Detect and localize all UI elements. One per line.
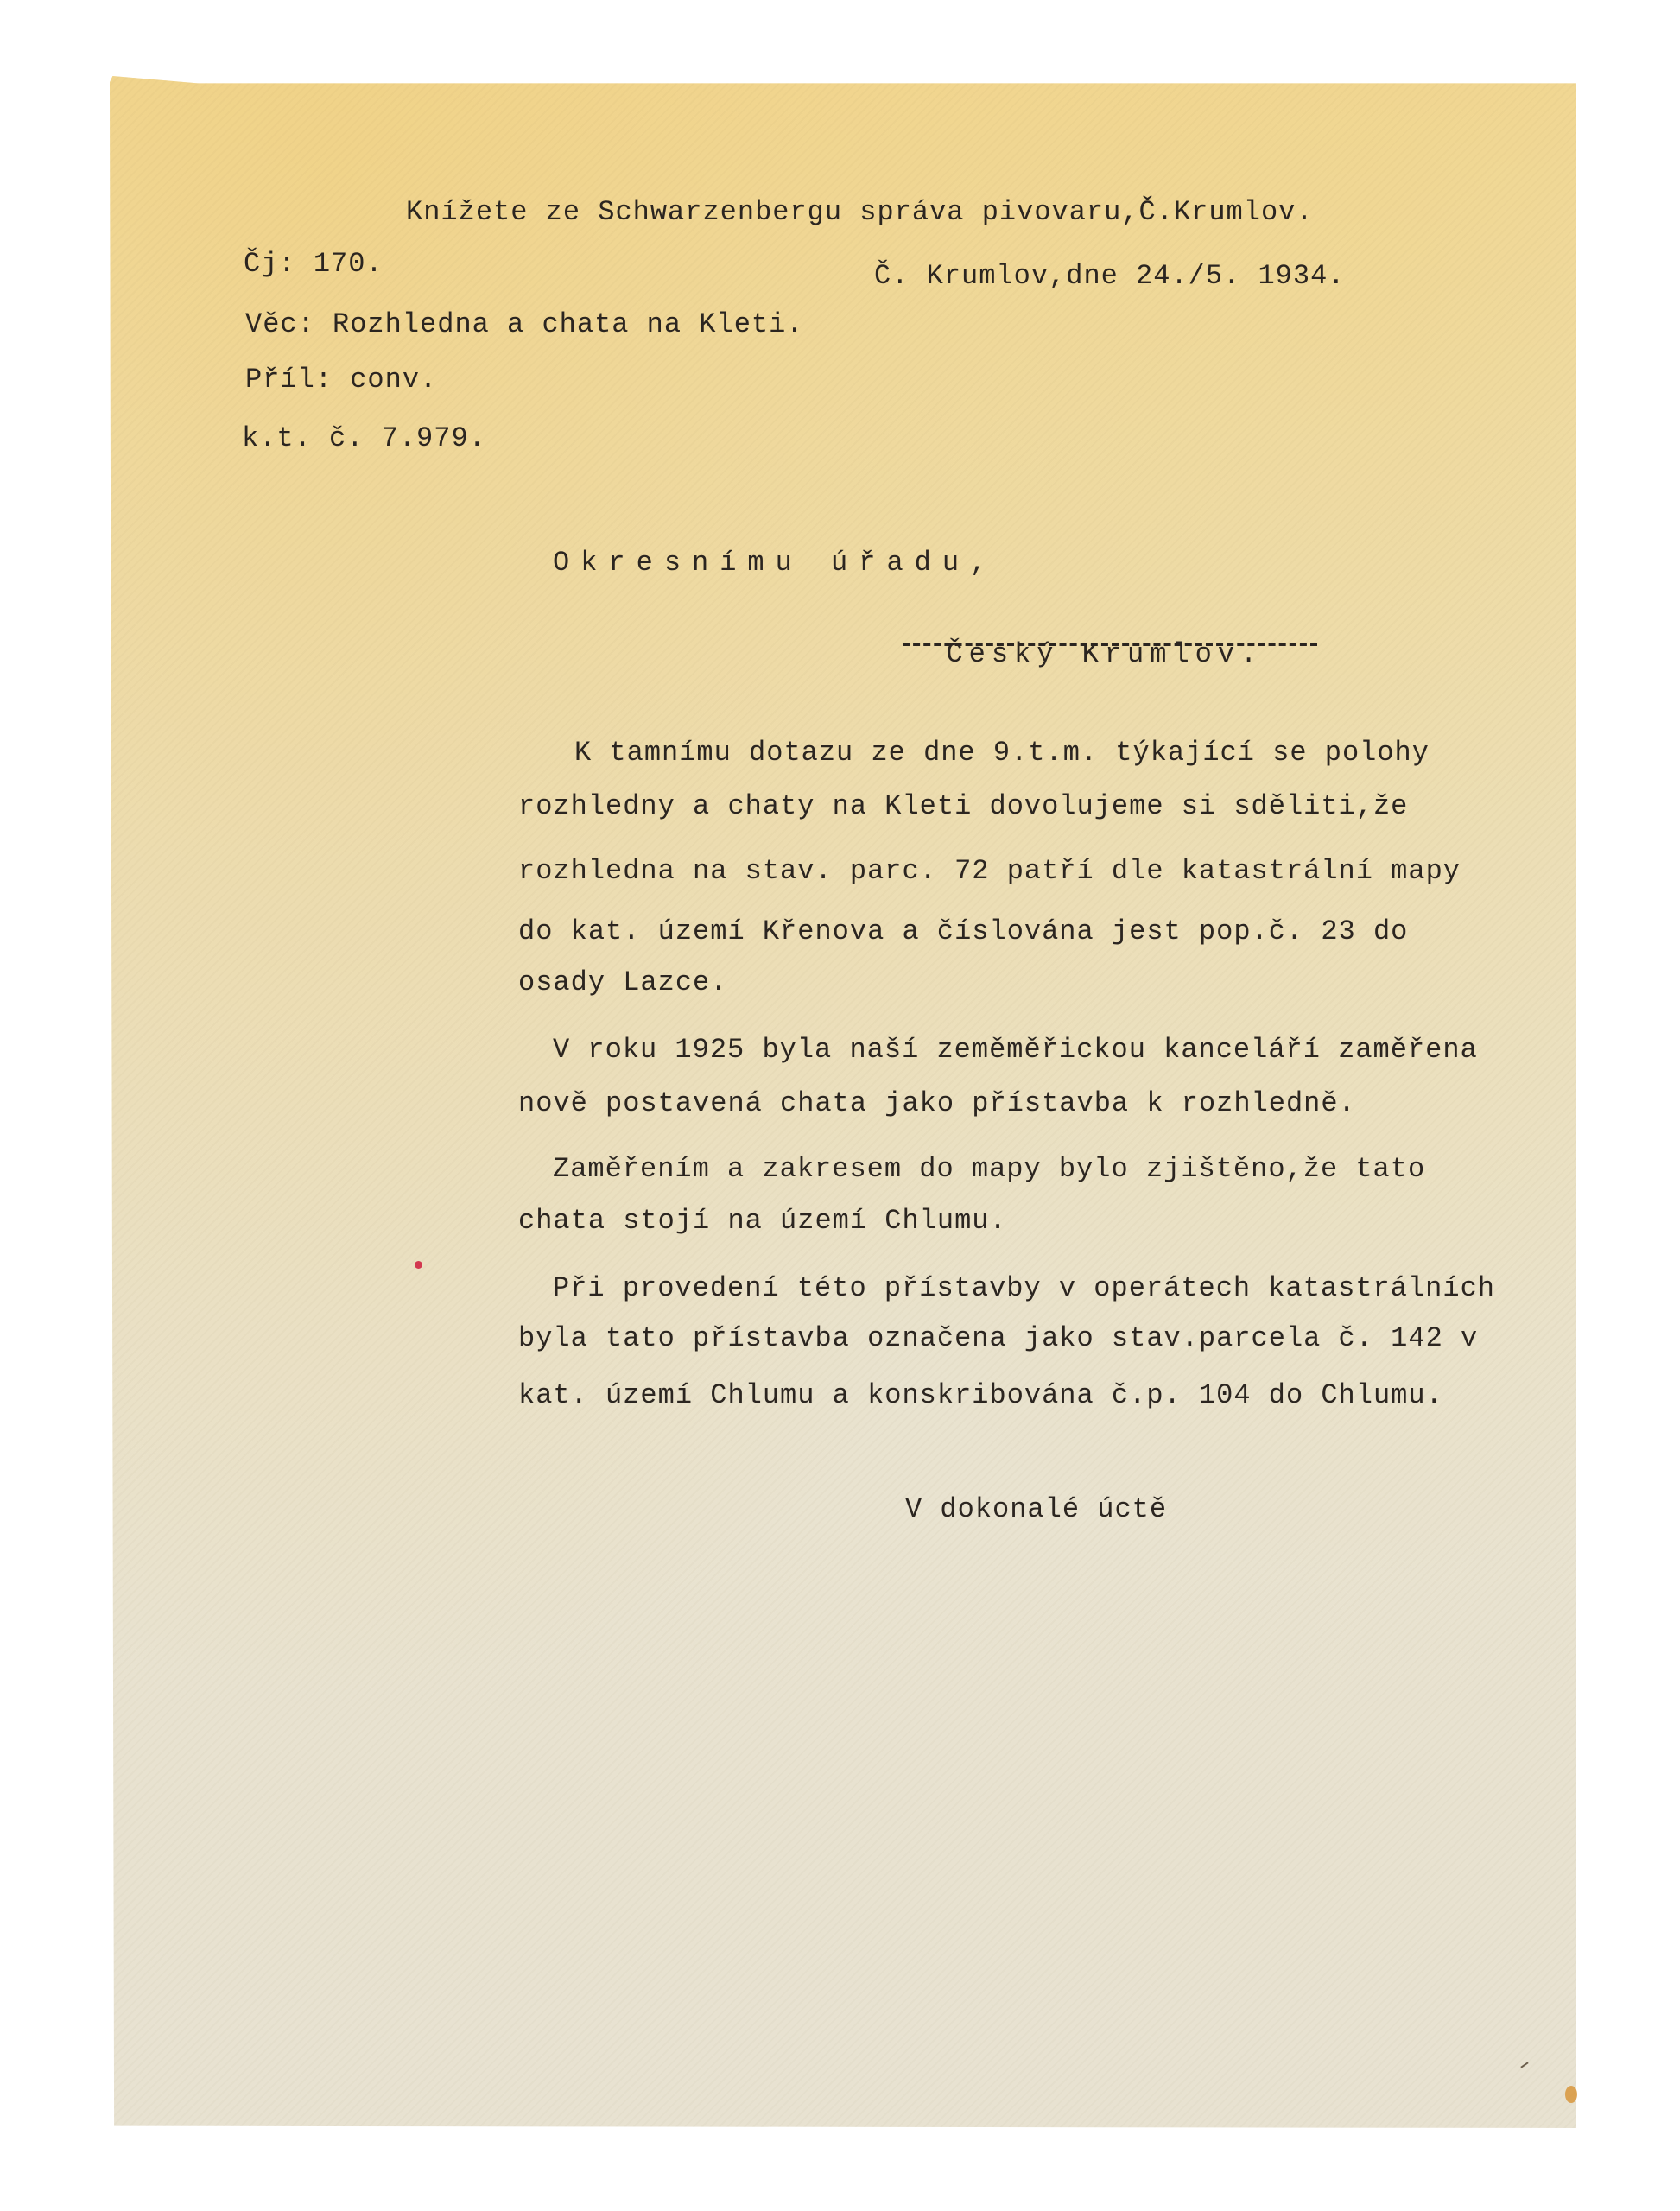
letterhead: Knížete ze Schwarzenbergu správa pivovar… (406, 199, 1314, 226)
red-ink-mark (415, 1261, 422, 1269)
body-line-1: K tamnímu dotazu ze dne 9.t.m. týkající … (574, 739, 1430, 767)
body-line-8: Zaměřením a zakresem do mapy bylo zjiště… (553, 1156, 1425, 1183)
body-line-12: kat. území Chlumu a konskribována č.p. 1… (518, 1382, 1443, 1410)
attachment-line: Příl: conv. (245, 366, 437, 394)
body-line-7: nově postavená chata jako přístavba k ro… (518, 1090, 1356, 1118)
body-line-5: osady Lazce. (518, 969, 727, 997)
subject-line: Věc: Rozhledna a chata na Kleti. (245, 311, 804, 339)
kt-number: k.t. č. 7.979. (242, 425, 486, 453)
recipient-city: Český Krumlov. (911, 613, 1263, 668)
body-line-3: rozhledna na stav. parc. 72 patří dle ka… (518, 858, 1461, 885)
recipient-underline (903, 643, 1317, 646)
body-line-11: byla tato přístavba označena jako stav.p… (518, 1325, 1478, 1353)
closing-salutation: V dokonalé úctě (905, 1496, 1167, 1524)
body-line-9: chata stojí na území Chlumu. (518, 1207, 1007, 1235)
place-date: Č. Krumlov,dne 24./5. 1934. (874, 263, 1345, 290)
body-line-6: V roku 1925 byla naší zeměměřickou kance… (553, 1036, 1478, 1064)
body-line-4: do kat. území Křenova a číslována jest p… (518, 918, 1408, 946)
reference-number: Čj: 170. (244, 250, 384, 278)
body-line-10: Při provedení této přístavby v operátech… (553, 1275, 1495, 1302)
rust-stain (1565, 2086, 1577, 2103)
recipient-office: Okresnímu úřadu, (553, 549, 998, 577)
body-line-2: rozhledny a chaty na Kleti dovolujeme si… (518, 793, 1408, 820)
